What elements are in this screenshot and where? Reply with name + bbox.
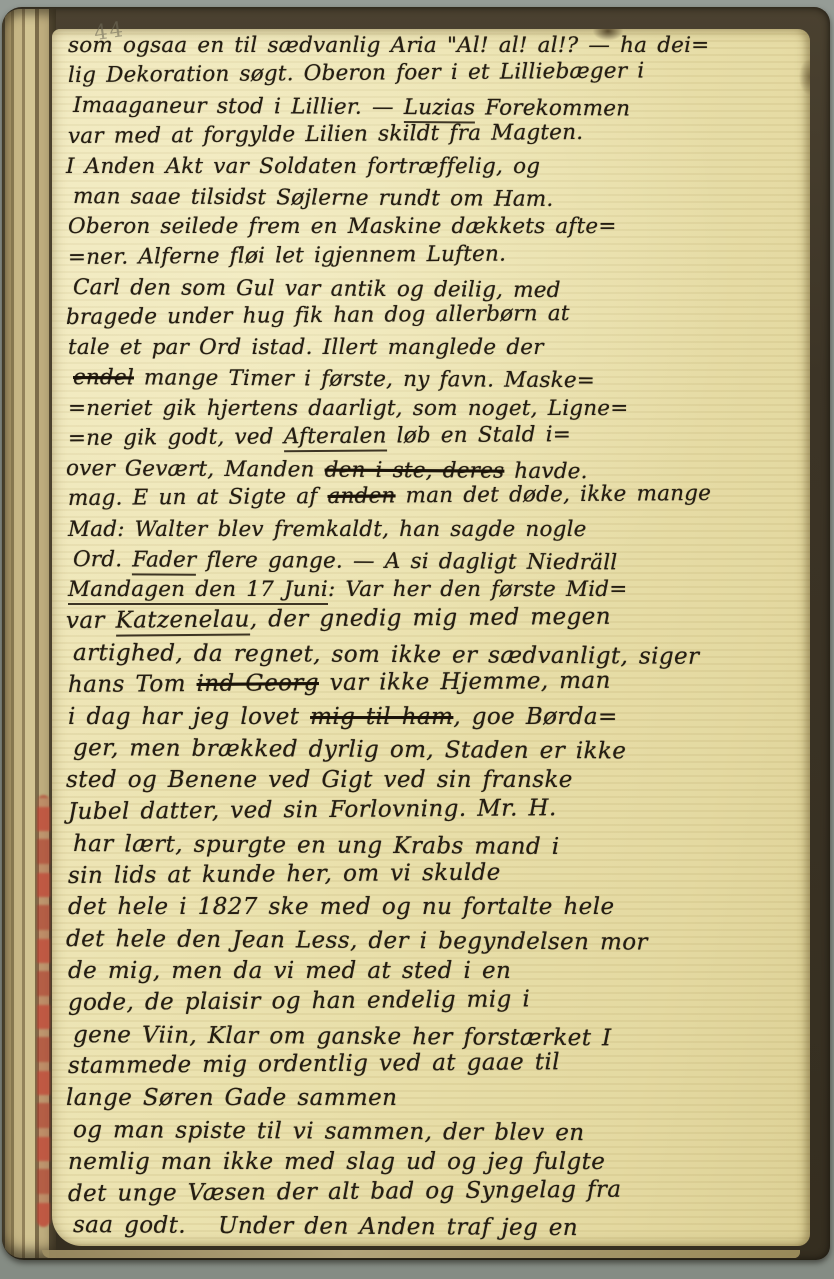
manuscript-line: bragede under hug fik han dog allerbørn … <box>66 301 804 329</box>
struck-through-phrase: endel <box>73 365 134 390</box>
text-segment: I Anden Akt var Soldaten fortræffelig, o… <box>66 154 540 179</box>
struck-through-phrase: anden <box>327 484 395 510</box>
text-segment: mange Timer i første, ny favn. Maske= <box>134 366 595 394</box>
text-segment: gode, de plaisir og han endelig mig i <box>68 986 530 1016</box>
manuscript-line: =ner. Alferne fløi let igjennem Luften. <box>68 241 804 269</box>
text-segment: sin lids at kunde her, om vi skulde <box>68 859 501 888</box>
text-segment: lange Søren Gade sammen <box>66 1085 397 1111</box>
text-segment: Carl den som Gul var antik og deilig, me… <box>73 275 561 303</box>
manuscript-line: lig Dekoration søgt. Oberon foer i et Li… <box>68 59 804 87</box>
manuscript-line: gene Viin, Klar om ganske her forstærket… <box>73 1023 804 1052</box>
text-segment: i dag har jeg lovet <box>68 704 310 730</box>
manuscript-line: man saae tilsidst Søjlerne rundt om Ham. <box>73 186 804 213</box>
text-segment: havde. <box>504 459 588 485</box>
text-segment: =ne gik godt, ved <box>68 424 284 451</box>
scanned-diary-page: 44 som ogsaa en til sædvanlig Aria "Al! … <box>0 0 834 1279</box>
text-segment: Forekommen <box>475 96 630 122</box>
manuscript-line: mag. E un at Sigte af anden man det døde… <box>68 483 804 511</box>
text-segment: lig Dekoration søgt. Oberon foer i et Li… <box>68 59 645 89</box>
text-segment: Oberon seilede frem en Maskine dækkets a… <box>68 214 617 239</box>
struck-through-phrase: ind Georg <box>196 670 319 697</box>
underlined-phrase: Afteralen <box>284 423 387 452</box>
manuscript-line: sted og Benene ved Gigt ved sin franske <box>66 768 804 792</box>
manuscript-line: i dag har jeg lovet mig til ham, goe Bør… <box>68 705 804 729</box>
manuscript-line: I Anden Akt var Soldaten fortræffelig, o… <box>66 156 804 179</box>
text-segment: var ikke Hjemme, man <box>319 667 611 695</box>
struck-through-phrase: den i ste, deres <box>325 458 505 484</box>
text-segment: har lært, spurgte en ung Krabs mand i <box>73 831 560 860</box>
underlined-phrase: Fader <box>132 547 196 575</box>
text-segment: sted og Benene ved Gigt ved sin franske <box>66 767 573 793</box>
text-segment: det hele i 1827 ske med og nu fortalte h… <box>68 894 614 920</box>
underlined-phrase: Mandagen den 17 Juni <box>68 577 328 605</box>
manuscript-text: som ogsaa en til sædvanlig Aria "Al! al!… <box>68 35 804 1238</box>
manuscript-line: som ogsaa en til sædvanlig Aria "Al! al!… <box>68 35 804 58</box>
manuscript-line: artighed, da regnet, som ikke er sædvanl… <box>73 641 804 670</box>
manuscript-line: Jubel datter, ved sin Forlovning. Mr. H. <box>68 794 804 824</box>
manuscript-line: var med at forgylde Lilien skildt fra Ma… <box>68 120 804 148</box>
text-segment: hans Tom <box>68 671 197 698</box>
manuscript-line: ger, men brækked dyrlig om, Staden er ik… <box>73 736 804 765</box>
text-segment: mag. E un at Sigte af <box>68 484 328 511</box>
manuscript-line: det unge Væsen der alt bad og Syngelag f… <box>68 1176 804 1206</box>
text-segment: stammede mig ordentlig ved at gaae til <box>68 1049 560 1079</box>
text-segment: og man spiste til vi sammen, der blev en <box>73 1117 585 1146</box>
text-segment: flere gange. — A si dagligt Niedräll <box>196 547 617 575</box>
manuscript-line: endel mange Timer i første, ny favn. Mas… <box>73 367 804 394</box>
text-segment: det hele den Jean Less, der i begyndelse… <box>66 926 648 956</box>
red-chalk-margin-mark <box>37 795 50 1227</box>
underlined-phrase: Luzias <box>404 95 476 123</box>
manuscript-line: Mandagen den 17 Juni: Var her den første… <box>68 579 804 602</box>
manuscript-line: =neriet gik hjertens daarligt, som noget… <box>68 398 804 421</box>
manuscript-line: Imaaganeur stod i Lillier. — Luzias Fore… <box>73 95 804 122</box>
book-page-block: 44 som ogsaa en til sædvanlig Aria "Al! … <box>2 7 830 1260</box>
text-segment: artighed, da regnet, som ikke er sædvanl… <box>73 640 700 670</box>
text-segment: tale et par Ord istad. Illert manglede d… <box>68 335 544 360</box>
manuscript-line: sin lids at kunde her, om vi skulde <box>68 858 804 888</box>
text-segment: var <box>66 608 116 634</box>
text-segment: =ner. Alferne fløi let igjennem Luften. <box>68 241 506 269</box>
text-segment: de mig, men da vi med at sted i en <box>68 958 511 984</box>
text-segment: var med at forgylde Lilien skildt fra Ma… <box>68 120 583 149</box>
text-segment: bragede under hug fik han dog allerbørn … <box>66 301 570 330</box>
text-segment: Imaaganeur stod i Lillier. — <box>73 93 404 120</box>
manuscript-line: har lært, spurgte en ung Krabs mand i <box>73 832 804 861</box>
text-segment: : Var her den første Mid= <box>328 577 628 602</box>
manuscript-line: var Katzenelau, der gnedig mig med megen <box>66 603 804 633</box>
text-segment: gene Viin, Klar om ganske her forstærket… <box>73 1022 612 1051</box>
manuscript-line: stammede mig ordentlig ved at gaae til <box>68 1049 804 1079</box>
manuscript-line: Oberon seilede frem en Maskine dækkets a… <box>68 216 804 239</box>
manuscript-line: og man spiste til vi sammen, der blev en <box>73 1118 804 1147</box>
manuscript-line: =ne gik godt, ved Afteralen løb en Stald… <box>68 422 804 450</box>
manuscript-line: Carl den som Gul var antik og deilig, me… <box>73 277 804 304</box>
bottom-leaf-edge <box>42 1250 800 1258</box>
text-segment: Mad: Walter blev fremkaldt, han sagde no… <box>68 517 587 542</box>
underlined-phrase: Katzenelau <box>116 607 250 637</box>
text-segment: Jubel datter, ved sin Forlovning. Mr. H. <box>68 795 557 825</box>
manuscript-line: tale et par Ord istad. Illert manglede d… <box>68 337 804 360</box>
manuscript-line: lange Søren Gade sammen <box>66 1086 804 1110</box>
text-segment: , der gnedig mig med megen <box>250 604 611 633</box>
text-segment: saa godt. Under den Anden traf jeg en <box>73 1212 578 1241</box>
text-segment: man det døde, ikke mange <box>395 481 711 508</box>
manuscript-line: saa godt. Under den Anden traf jeg en <box>73 1213 804 1242</box>
text-segment: man saae tilsidst Søjlerne rundt om Ham. <box>73 184 554 212</box>
text-segment: , goe Børda= <box>453 704 617 730</box>
text-segment: som ogsaa en til sædvanlig Aria "Al! al!… <box>68 33 709 58</box>
manuscript-line: Ord. Fader flere gange. — A si dagligt N… <box>73 549 804 576</box>
text-segment: Ord. <box>73 547 132 572</box>
text-segment: nemlig man ikke med slag ud og jeg fulgt… <box>68 1149 605 1175</box>
text-segment: over Gevært, Manden <box>66 456 325 483</box>
text-segment: ger, men brækked dyrlig om, Staden er ik… <box>73 735 626 764</box>
manuscript-line: gode, de plaisir og han endelig mig i <box>68 985 804 1015</box>
manuscript-line: det hele den Jean Less, der i begyndelse… <box>66 927 804 956</box>
manuscript-line: nemlig man ikke med slag ud og jeg fulgt… <box>68 1150 804 1174</box>
manuscript-paper: 44 som ogsaa en til sædvanlig Aria "Al! … <box>52 29 810 1246</box>
manuscript-line: Mad: Walter blev fremkaldt, han sagde no… <box>68 519 804 542</box>
manuscript-line: det hele i 1827 ske med og nu fortalte h… <box>68 895 804 919</box>
text-segment: løb en Stald i= <box>386 422 571 448</box>
manuscript-line: de mig, men da vi med at sted i en <box>68 959 804 983</box>
struck-through-phrase: mig til ham <box>310 704 453 730</box>
manuscript-line: hans Tom ind Georg var ikke Hjemme, man <box>68 667 804 697</box>
text-segment: =neriet gik hjertens daarligt, som noget… <box>68 396 628 421</box>
text-segment: det unge Væsen der alt bad og Syngelag f… <box>68 1176 622 1206</box>
